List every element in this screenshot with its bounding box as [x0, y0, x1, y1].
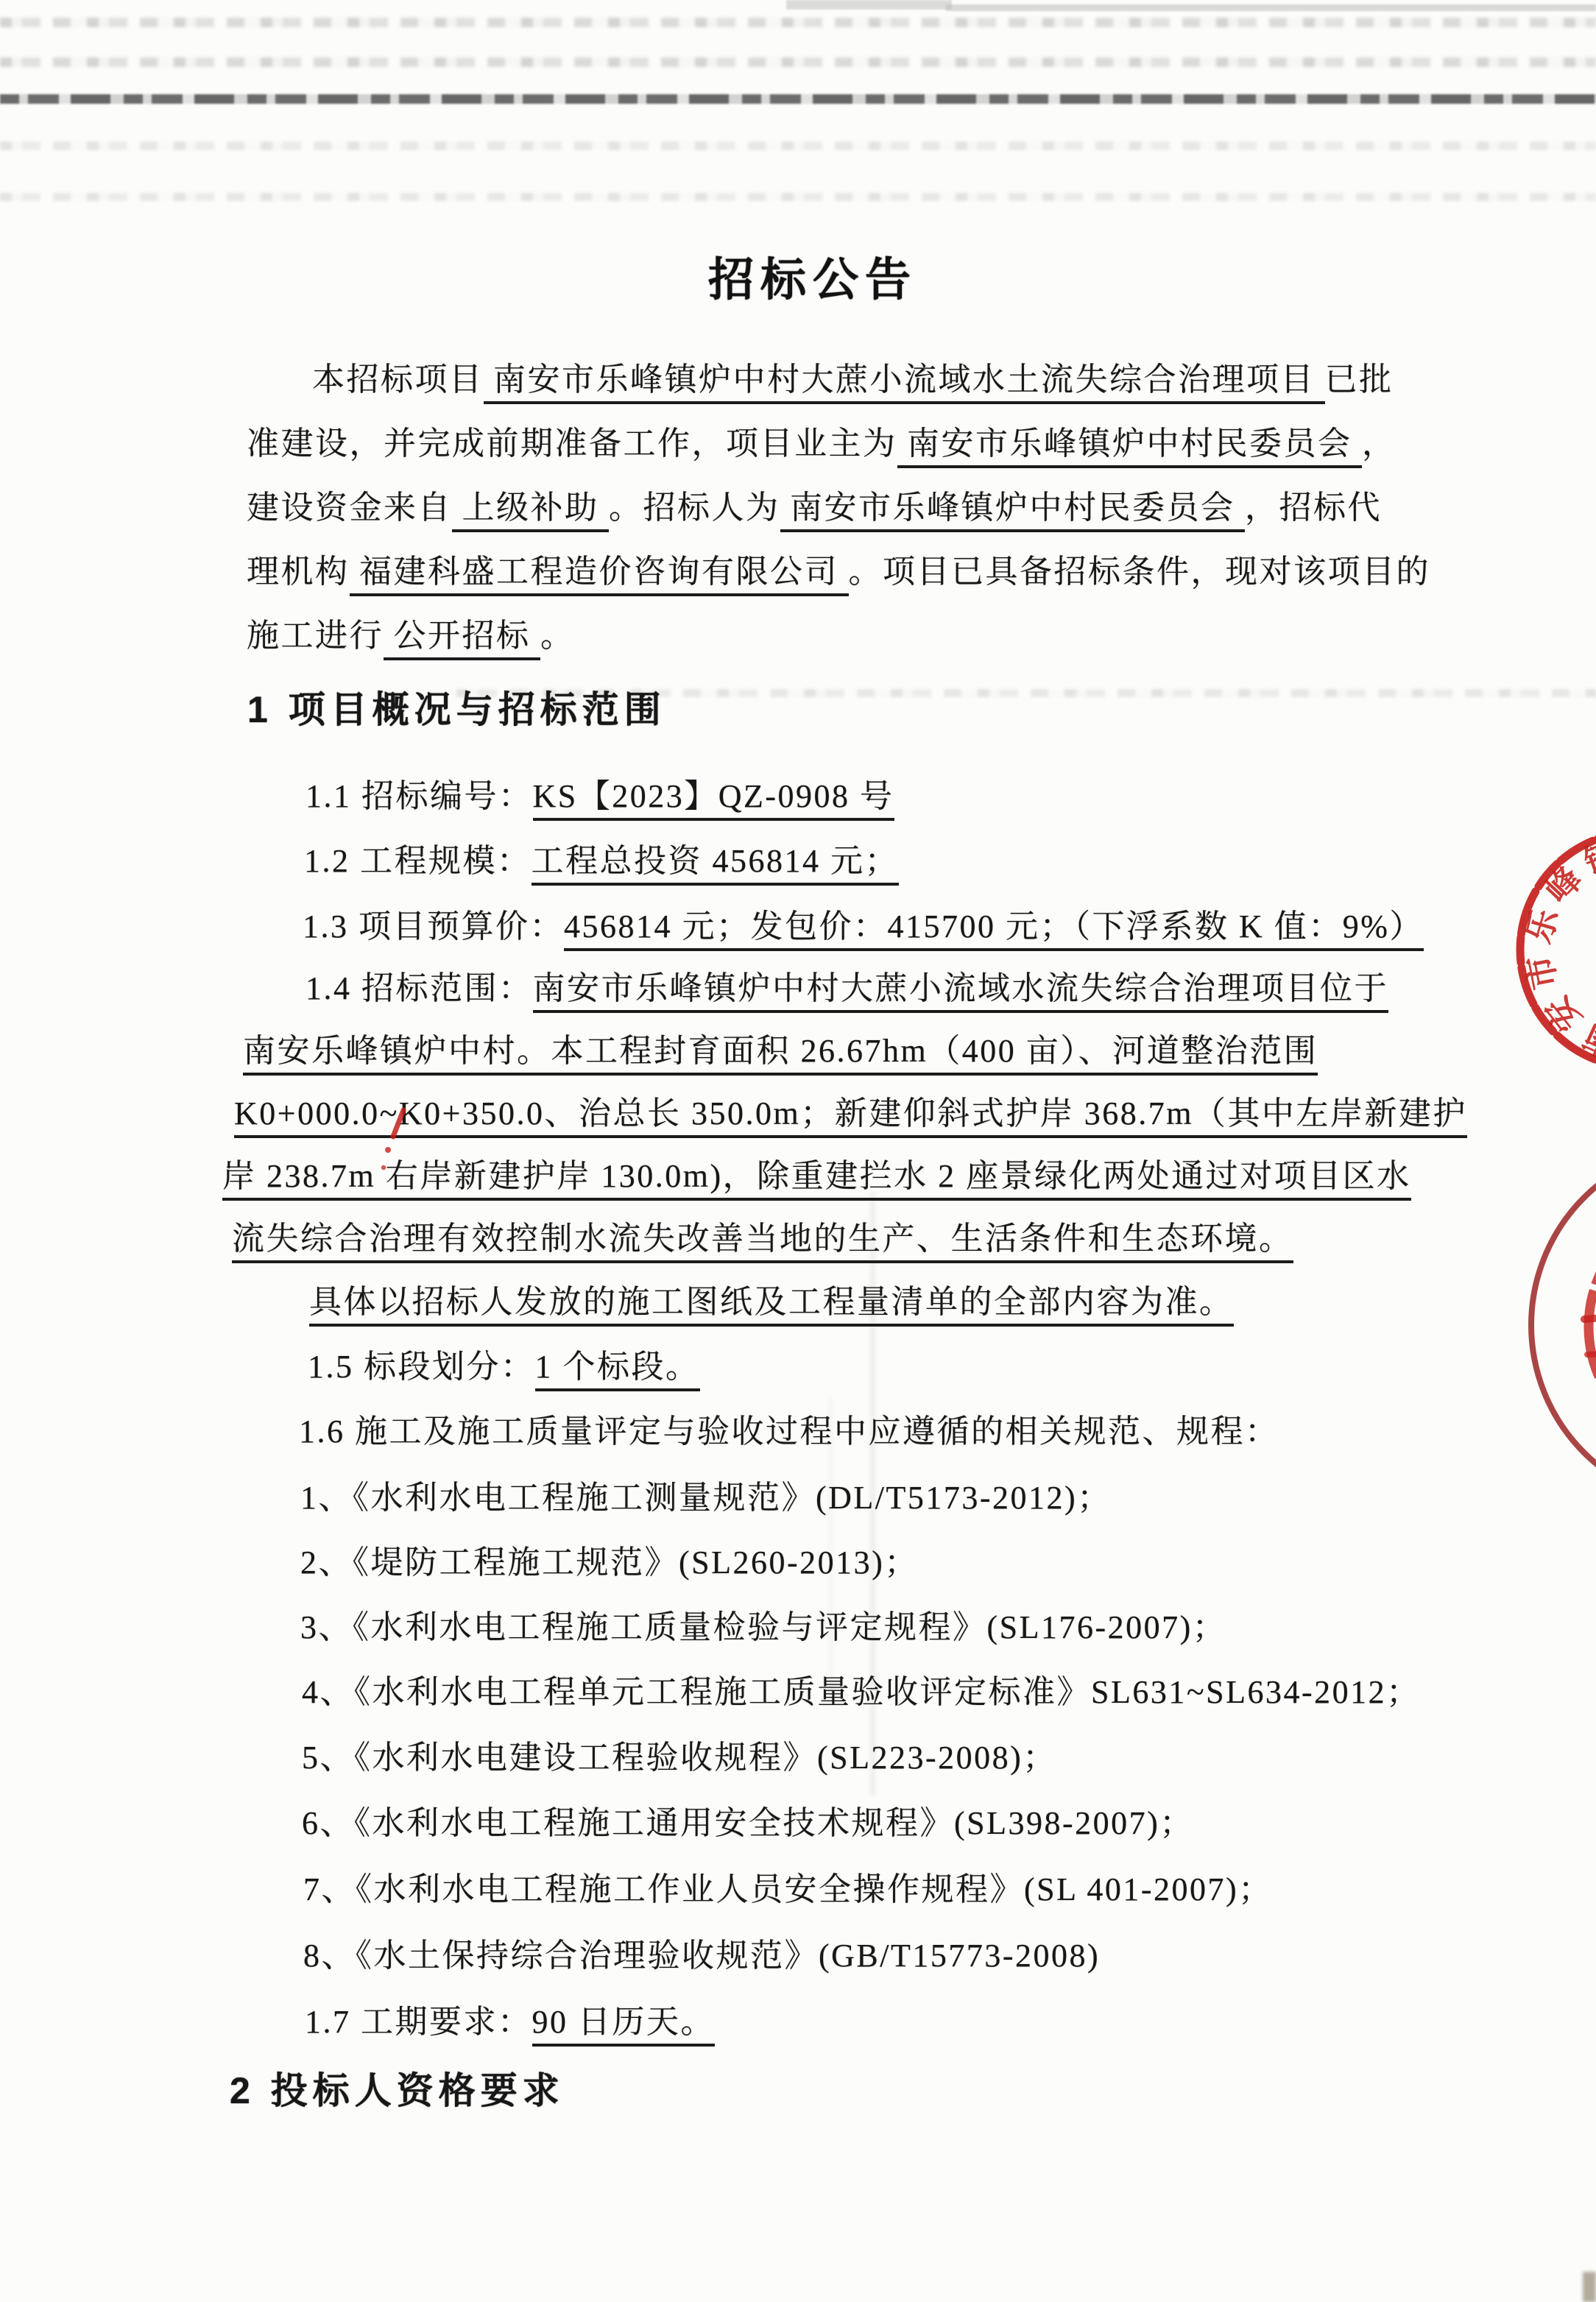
text-segment: 1.2 工程规模： [304, 843, 532, 879]
text-segment: 1 项目概况与招标范围 [247, 689, 666, 730]
scanned-document-page: 招标公告 本招标项目 南安市乐峰镇炉中村大蔗小流域水土流失综合治理项目 已批准建… [0, 0, 1596, 2302]
red-seal-lower [1502, 1134, 1596, 1517]
text-segment: 本招标项目 [312, 361, 484, 398]
text-segment: 1.3 项目预算价： [303, 908, 564, 945]
text-line: 7、《水利水电工程施工作业人员安全操作规程》(SL 401-2007)； [303, 1863, 1273, 1910]
text-segment: 6、《水利水电工程施工通用安全技术规程》(SL398-2007)； [302, 1805, 1194, 1841]
text-line: 具体以招标人发放的施工图纸及工程量清单的全部内容为准。 [309, 1275, 1234, 1322]
filled-blank-underlined: 456814 元；发包价：415700 元；（下浮系数 K 值：9%） [564, 908, 1424, 951]
filled-blank-underlined: 流失综合治理有效控制水流失改善当地的生产、生活条件和生态环境。 [232, 1221, 1293, 1263]
scan-artifact-top-block [786, 0, 952, 10]
svg-text:南安市乐峰镇: 南安市乐峰镇 [1519, 832, 1596, 1065]
filled-blank-underlined: 南安乐峰镇炉中村。本工程封育面积 26.67hm（400 亩）、河道整治范围 [243, 1033, 1318, 1076]
text-line: 5、《水利水电建设工程验收规程》(SL223-2008)； [302, 1731, 1057, 1778]
document-title: 招标公告 [708, 243, 917, 308]
scan-artifact-bleed-line-4 [0, 193, 1596, 201]
text-segment: 。招标人为 [609, 490, 780, 526]
text-line: 施工进行 公开招标 。 [247, 609, 575, 656]
text-segment: 4、《水利水电工程单元工程施工质量验收评定标准》SL631~SL634-2012… [302, 1674, 1421, 1710]
filled-blank-underlined: 南安市乐峰镇炉中村大蔗小流域水流失综合治理项目位于 [533, 970, 1389, 1013]
text-segment: 2、《堤防工程施工规范》(SL260-2013)； [300, 1544, 919, 1581]
red-tick-stroke [393, 1110, 403, 1137]
filled-blank-underlined: 南安市乐峰镇炉中村民委员会 [897, 426, 1363, 468]
scan-artifact-corner-smudge [1583, 2272, 1596, 2302]
scan-artifact-bleed-line-2 [0, 57, 1596, 67]
text-line: 南安乐峰镇炉中村。本工程封育面积 26.67hm（400 亩）、河道整治范围 [243, 1024, 1318, 1071]
text-segment: 施工进行 [247, 618, 384, 654]
text-line: 8、《水土保持综合治理验收规范》(GB/T15773-2008) [303, 1929, 1100, 1976]
text-line: 1.7 工期要求：90 日历天。 [305, 1995, 715, 2042]
scan-artifact-top-strip [946, 4, 1596, 11]
red-ink-dot-1 [385, 1147, 391, 1153]
text-line: 流失综合治理有效控制水流失改善当地的生产、生活条件和生态环境。 [232, 1212, 1293, 1259]
text-line: 建设资金来自 上级补助 。招标人为 南安市乐峰镇炉中村民委员会 ，招标代 [247, 481, 1382, 528]
text-segment: 3、《水利水电工程施工质量检验与评定规程》(SL176-2007)； [300, 1609, 1226, 1645]
text-segment: ，招标代 [1245, 490, 1382, 526]
text-line: 3、《水利水电工程施工质量检验与评定规程》(SL176-2007)； [300, 1600, 1226, 1648]
text-line: 1.4 招标范围：南安市乐峰镇炉中村大蔗小流域水流失综合治理项目位于 [306, 961, 1388, 1009]
section-heading: 1 项目概况与招标范围 [247, 680, 666, 733]
text-segment: 。项目已具备招标条件，现对该项目的 [849, 554, 1431, 590]
seal-text: 南安市乐峰镇 [1519, 832, 1596, 1065]
text-segment: 1、《水利水电工程施工测量规范》(DL/T5173-2012)； [300, 1480, 1112, 1516]
filled-blank-underlined: 公开招标 [384, 618, 540, 660]
scan-artifact-bleed-line-1 [0, 18, 1596, 27]
filled-blank-underlined: 工程总投资 456814 元； [532, 843, 900, 886]
text-line: 本招标项目 南安市乐峰镇炉中村大蔗小流域水土流失综合治理项目 已批 [312, 353, 1394, 400]
scan-artifact-bleed-line-3 [0, 141, 1596, 150]
filled-blank-underlined: 南安市乐峰镇炉中村大蔗小流域水土流失综合治理项目 [484, 361, 1325, 404]
text-segment: 1.7 工期要求： [305, 2004, 532, 2040]
scan-artifact-dark-line [0, 94, 1596, 104]
filled-blank-underlined: KS【2023】QZ-0908 号 [533, 778, 894, 821]
seal-character-stroke-1 [1584, 1318, 1596, 1319]
text-line: 准建设，并完成前期准备工作，项目业主为 南安市乐峰镇炉中村民委员会 ， [247, 417, 1396, 464]
text-segment: 7、《水利水电工程施工作业人员安全操作规程》(SL 401-2007)； [303, 1871, 1273, 1907]
text-line: 理机构 福建科盛工程造价咨询有限公司 。项目已具备招标条件，现对该项目的 [247, 545, 1430, 592]
red-ink-dot-2 [381, 1165, 386, 1170]
text-line: 1.6 施工及施工质量评定与验收过程中应遵循的相关规范、规程： [299, 1405, 1279, 1452]
text-segment: 1.4 招标范围： [306, 970, 533, 1006]
text-segment: 8、《水土保持综合治理验收规范》(GB/T15773-2008) [303, 1938, 1100, 1974]
text-segment: 准建设，并完成前期准备工作，项目业主为 [247, 426, 897, 462]
seal-inner-arc [1589, 1200, 1596, 1453]
text-line: 4、《水利水电工程单元工程施工质量验收评定标准》SL631~SL634-2012… [302, 1665, 1421, 1712]
text-segment: ， [1362, 426, 1396, 462]
text-line: 1.1 招标编号：KS【2023】QZ-0908 号 [306, 769, 894, 816]
text-segment: 1.1 招标编号： [306, 778, 533, 814]
text-line: 6、《水利水电工程施工通用安全技术规程》(SL398-2007)； [302, 1796, 1194, 1843]
filled-blank-underlined: 南安市乐峰镇炉中村民委员会 [780, 490, 1246, 532]
filled-blank-underlined: 具体以招标人发放的施工图纸及工程量清单的全部内容为准。 [309, 1284, 1234, 1327]
text-line: 2、《堤防工程施工规范》(SL260-2013)； [300, 1536, 919, 1583]
filled-blank-underlined: 1 个标段。 [535, 1349, 700, 1391]
text-segment: 建设资金来自 [247, 490, 452, 526]
text-line: 1.2 工程规模：工程总投资 456814 元； [304, 834, 899, 881]
filled-blank-underlined: 福建科盛工程造价咨询有限公司 [350, 554, 849, 596]
text-line: 1、《水利水电工程施工测量规范》(DL/T5173-2012)； [300, 1471, 1112, 1518]
text-segment: 已批 [1325, 361, 1394, 398]
text-segment: 1.5 标段划分： [308, 1349, 535, 1385]
red-seal-upper: 南安市乐峰镇 [1502, 802, 1596, 1112]
text-line: 1.5 标段划分：1 个标段。 [308, 1340, 700, 1387]
section-heading: 2 投标人资格要求 [230, 2061, 565, 2114]
filled-blank-underlined: 上级补助 [452, 490, 609, 532]
seal-character-stroke-2 [1587, 1354, 1596, 1355]
text-segment: 。 [540, 618, 575, 654]
text-segment: 5、《水利水电建设工程验收规程》(SL223-2008)； [302, 1740, 1057, 1776]
filled-blank-underlined: 90 日历天。 [532, 2004, 716, 2047]
text-segment: 理机构 [247, 554, 350, 590]
text-segment: 2 投标人资格要求 [230, 2070, 565, 2111]
text-segment: 1.6 施工及施工质量评定与验收过程中应遵循的相关规范、规程： [299, 1413, 1279, 1450]
red-pen-tick [375, 1104, 420, 1185]
text-line: 1.3 项目预算价：456814 元；发包价：415700 元；（下浮系数 K … [303, 900, 1424, 947]
